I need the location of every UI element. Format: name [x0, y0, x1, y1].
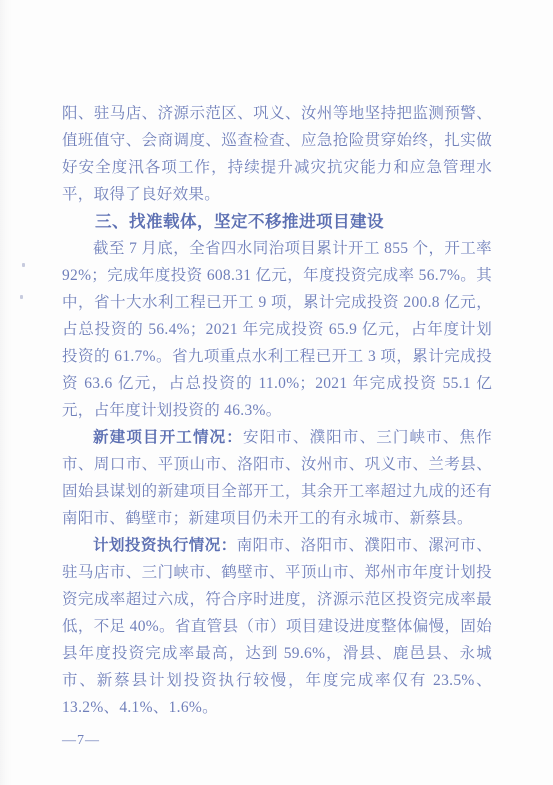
document-page: 阳、驻马店、济源示范区、巩义、汝州等地坚持把监测预警、值班值守、会商调度、巡查检…	[0, 0, 553, 785]
section-heading: 三、找准载体，坚定不移推进项目建设	[62, 208, 492, 235]
paragraph-investment-statistics: 截至 7 月底，全省四水同治项目累计开工 855 个，开工率 92%；完成年度投…	[62, 235, 492, 424]
scan-speck	[22, 263, 25, 267]
paragraph-flood-control-continuation: 阳、驻马店、济源示范区、巩义、汝州等地坚持把监测预警、值班值守、会商调度、巡查检…	[62, 100, 492, 208]
paragraph-plan-execution: 计划投资执行情况：南阳市、洛阳市、濮阳市、漯河市、驻马店市、三门峡市、鹤壁市、平…	[62, 532, 492, 721]
paragraph-text: 南阳市、洛阳市、濮阳市、漯河市、驻马店市、三门峡市、鹤壁市、平顶山市、郑州市年度…	[62, 537, 492, 716]
paragraph-new-project-starts: 新建项目开工情况：安阳市、濮阳市、三门峡市、焦作市、周口市、平顶山市、洛阳市、汝…	[62, 424, 492, 532]
paragraph-lead-label: 新建项目开工情况：	[93, 429, 243, 446]
scan-speck	[20, 295, 23, 299]
scan-edge-shadow	[0, 0, 12, 785]
paragraph-lead-label: 计划投资执行情况：	[93, 537, 237, 554]
page-number: —7—	[62, 727, 492, 754]
document-body: 阳、驻马店、济源示范区、巩义、汝州等地坚持把监测预警、值班值守、会商调度、巡查检…	[62, 100, 492, 754]
